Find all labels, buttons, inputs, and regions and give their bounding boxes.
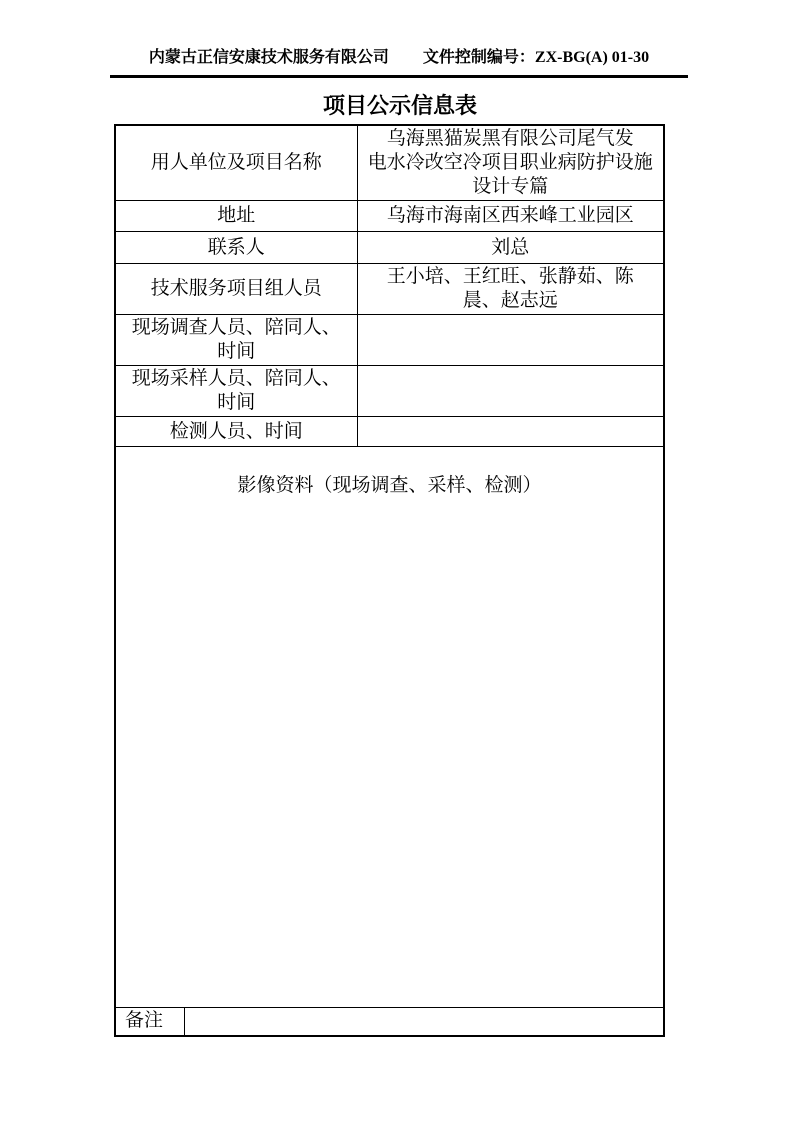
remark-value (184, 1008, 664, 1036)
row-label: 现场调查人员、陪同人、 时间 (115, 315, 357, 366)
row-value: 乌海黑猫炭黑有限公司尾气发 电水冷改空冷项目职业病防护设施 设计专篇 (357, 125, 664, 201)
row-label: 现场采样人员、陪同人、 时间 (115, 366, 357, 417)
company-name: 内蒙古正信安康技术服务有限公司 (149, 48, 389, 68)
row-employer-project-name: 用人单位及项目名称 乌海黑猫炭黑有限公司尾气发 电水冷改空冷项目职业病防护设施 … (115, 125, 664, 201)
media-cell: 影像资料（现场调查、采样、检测） (115, 447, 664, 1008)
row-value (357, 366, 664, 417)
row-site-survey: 现场调查人员、陪同人、 时间 (115, 315, 664, 366)
row-remark: 备注 (115, 1008, 664, 1036)
row-label: 地址 (115, 201, 357, 232)
row-media-materials: 影像资料（现场调查、采样、检测） (115, 447, 664, 1008)
row-label: 用人单位及项目名称 (115, 125, 357, 201)
row-project-team: 技术服务项目组人员 王小培、王红旺、张静茹、陈 晨、赵志远 (115, 264, 664, 315)
row-label: 检测人员、时间 (115, 417, 357, 447)
row-site-sampling: 现场采样人员、陪同人、 时间 (115, 366, 664, 417)
media-content-area (118, 522, 661, 982)
row-label: 联系人 (115, 232, 357, 264)
row-value (357, 315, 664, 366)
row-testing-personnel: 检测人员、时间 (115, 417, 664, 447)
page-header: 内蒙古正信安康技术服务有限公司 文件控制编号：ZX-BG(A) 01-30 (110, 48, 688, 78)
row-label: 技术服务项目组人员 (115, 264, 357, 315)
project-info-table: 用人单位及项目名称 乌海黑猫炭黑有限公司尾气发 电水冷改空冷项目职业病防护设施 … (114, 124, 665, 1037)
row-value: 王小培、王红旺、张静茹、陈 晨、赵志远 (357, 264, 664, 315)
page-title: 项目公示信息表 (0, 92, 800, 120)
row-contact-person: 联系人 刘总 (115, 232, 664, 264)
doc-control-number: 文件控制编号：ZX-BG(A) 01-30 (423, 48, 649, 68)
row-value (357, 417, 664, 447)
row-address: 地址 乌海市海南区西来峰工业园区 (115, 201, 664, 232)
remark-label: 备注 (115, 1008, 184, 1036)
media-section-header: 影像资料（现场调查、采样、检测） (118, 472, 661, 498)
document-page: 内蒙古正信安康技术服务有限公司 文件控制编号：ZX-BG(A) 01-30 项目… (0, 0, 800, 1131)
row-value: 刘总 (357, 232, 664, 264)
row-value: 乌海市海南区西来峰工业园区 (357, 201, 664, 232)
